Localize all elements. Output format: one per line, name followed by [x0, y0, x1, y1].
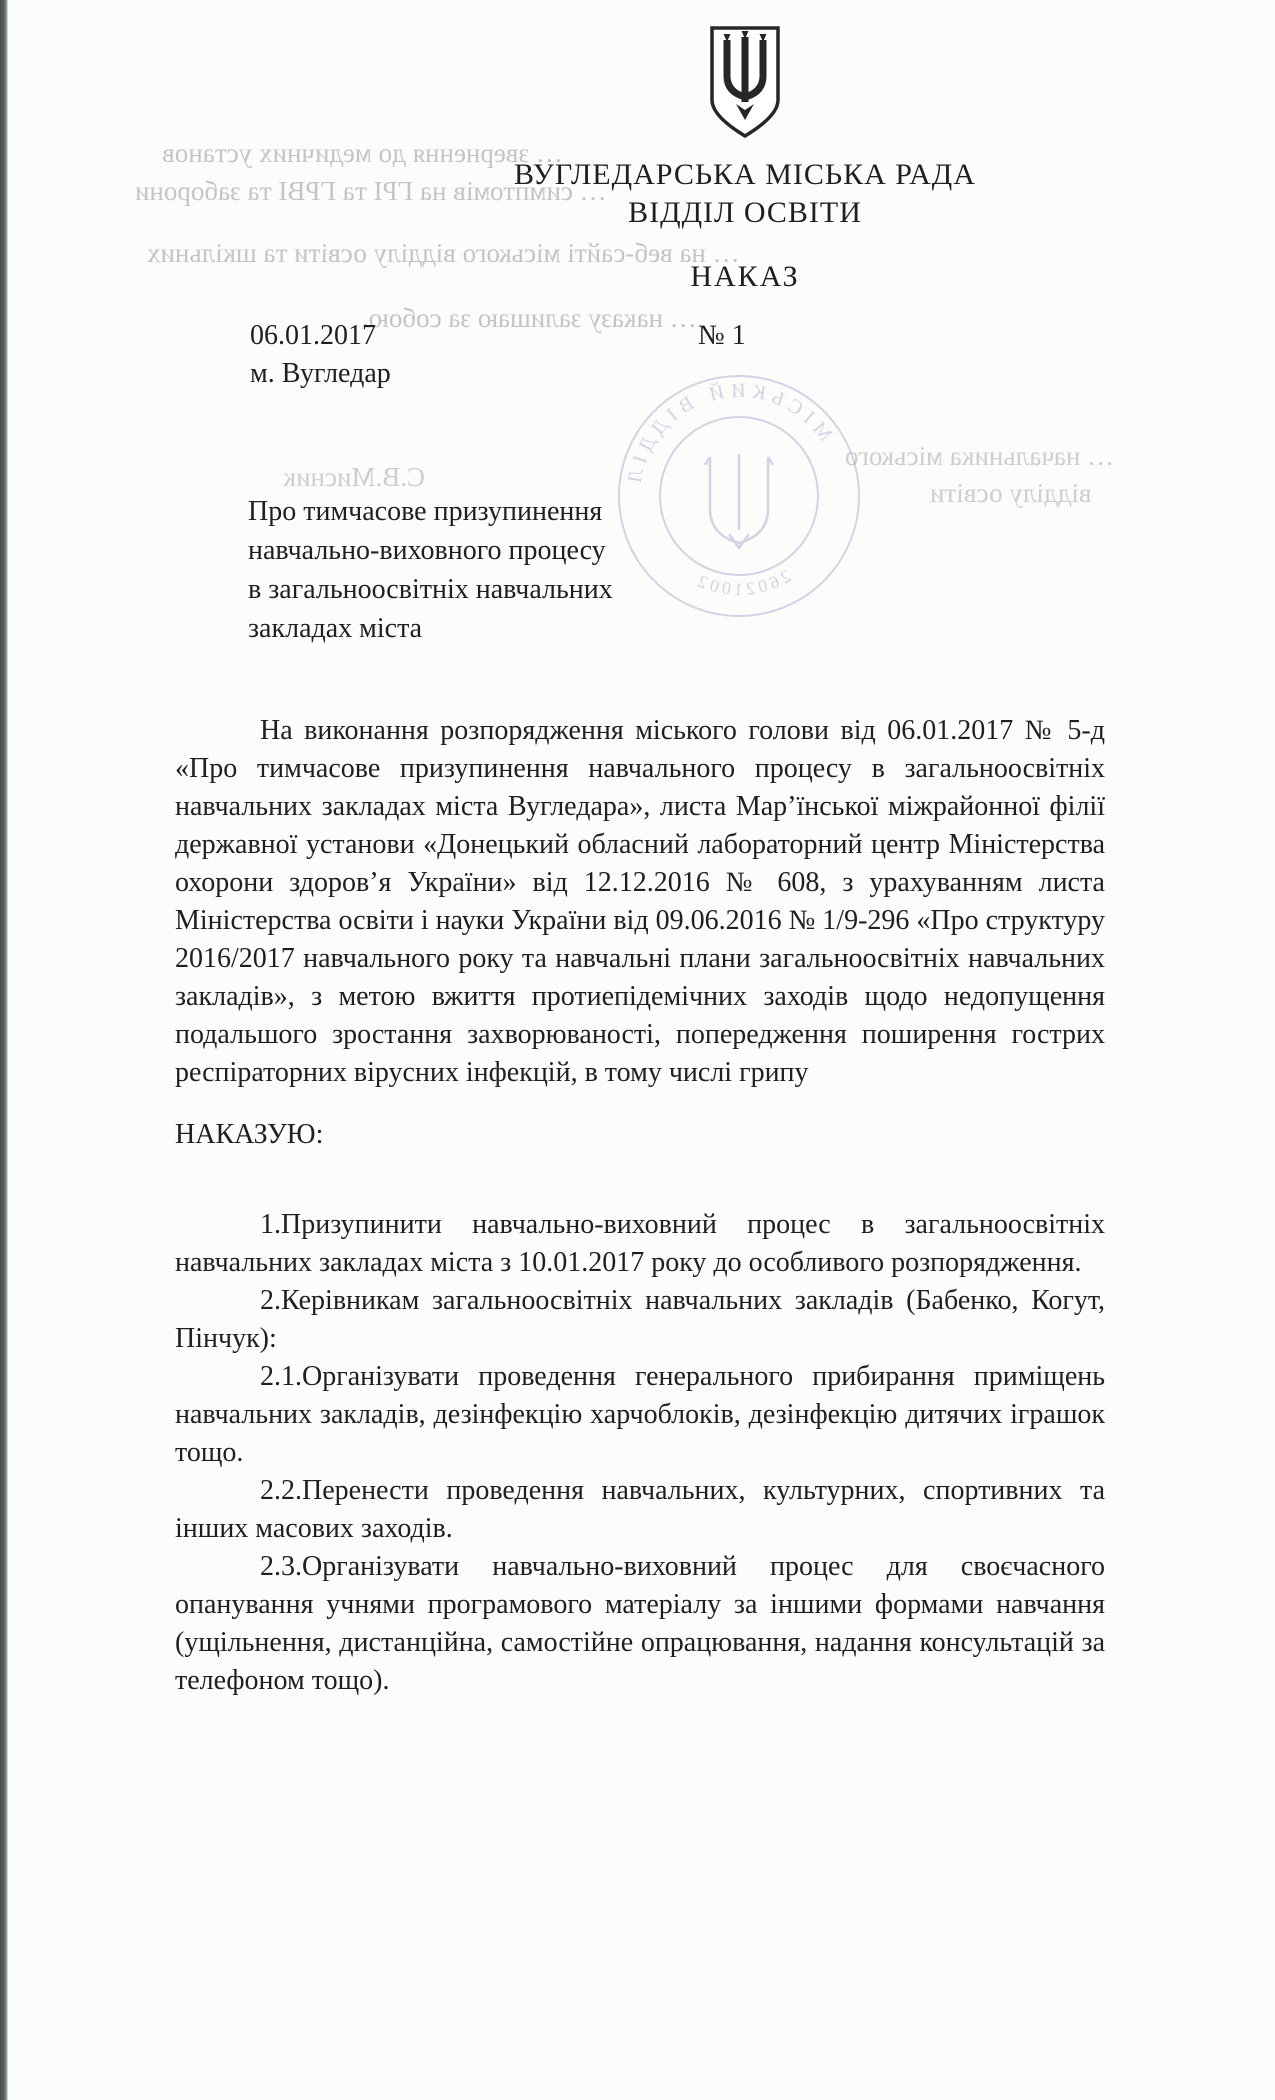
subject-line: навчально-виховного процесу [248, 531, 718, 570]
bleedthrough-line: … начальника міського [845, 441, 1114, 472]
doc-city: м. Вугледар [250, 358, 391, 390]
order-body: На виконання розпорядження міського голо… [175, 712, 1105, 1700]
intro-paragraph: На виконання розпорядження міського голо… [175, 712, 1105, 1092]
subject-line: в загальноосвітніх навчальних [248, 570, 718, 609]
bleedthrough-line: … наказу залишаю за собою. [362, 303, 697, 334]
subject-line: Про тимчасове призупинення [248, 492, 718, 531]
scanned-order-page: … звернення до медичних установ … симпто… [0, 0, 1275, 2100]
svg-text:МІСЬКИЙ ВІДДІЛ ОСВІТИ: МІСЬКИЙ ВІДДІЛ ОСВІТИ [623, 362, 880, 501]
subject-block: Про тимчасове призупинення навчально-вих… [248, 492, 718, 648]
bleedthrough-line: відділу освіти [930, 478, 1092, 509]
order-item-2-2: 2.2.Перенести проведення навчальних, кул… [175, 1472, 1105, 1548]
doc-type-title: НАКАЗ [690, 260, 799, 294]
order-word: НАКАЗУЮ: [175, 1116, 1105, 1154]
scanner-edge-shadow [0, 0, 8, 2100]
subject-line: закладах міста [248, 609, 718, 648]
order-item-2-1: 2.1.Організувати проведення генерального… [175, 1358, 1105, 1472]
stamp-arc-text-top: МІСЬКИЙ ВІДДІЛ ОСВІТИ [623, 362, 880, 501]
doc-date: 06.01.2017 [250, 320, 376, 352]
header-org-name: ВУГЛЕДАРСЬКА МІСЬКА РАДА [514, 158, 976, 192]
bleedthrough-line: … звернення до медичних установ [162, 138, 563, 169]
order-item-2: 2.Керівникам загальноосвітніх навчальних… [175, 1282, 1105, 1358]
bleedthrough-signature-name: С.В.Мисник [283, 462, 425, 493]
ukraine-trident-emblem-icon [700, 24, 790, 142]
order-item-2-3: 2.3.Організувати навчально-виховний проц… [175, 1548, 1105, 1700]
order-item-1: 1.Призупинити навчально-виховний процес … [175, 1206, 1105, 1282]
header-dept-name: ВІДДІЛ ОСВІТИ [628, 196, 862, 230]
doc-number: № 1 [698, 320, 746, 352]
bleedthrough-line: … на веб-сайті міського відділу освіти т… [147, 238, 740, 269]
